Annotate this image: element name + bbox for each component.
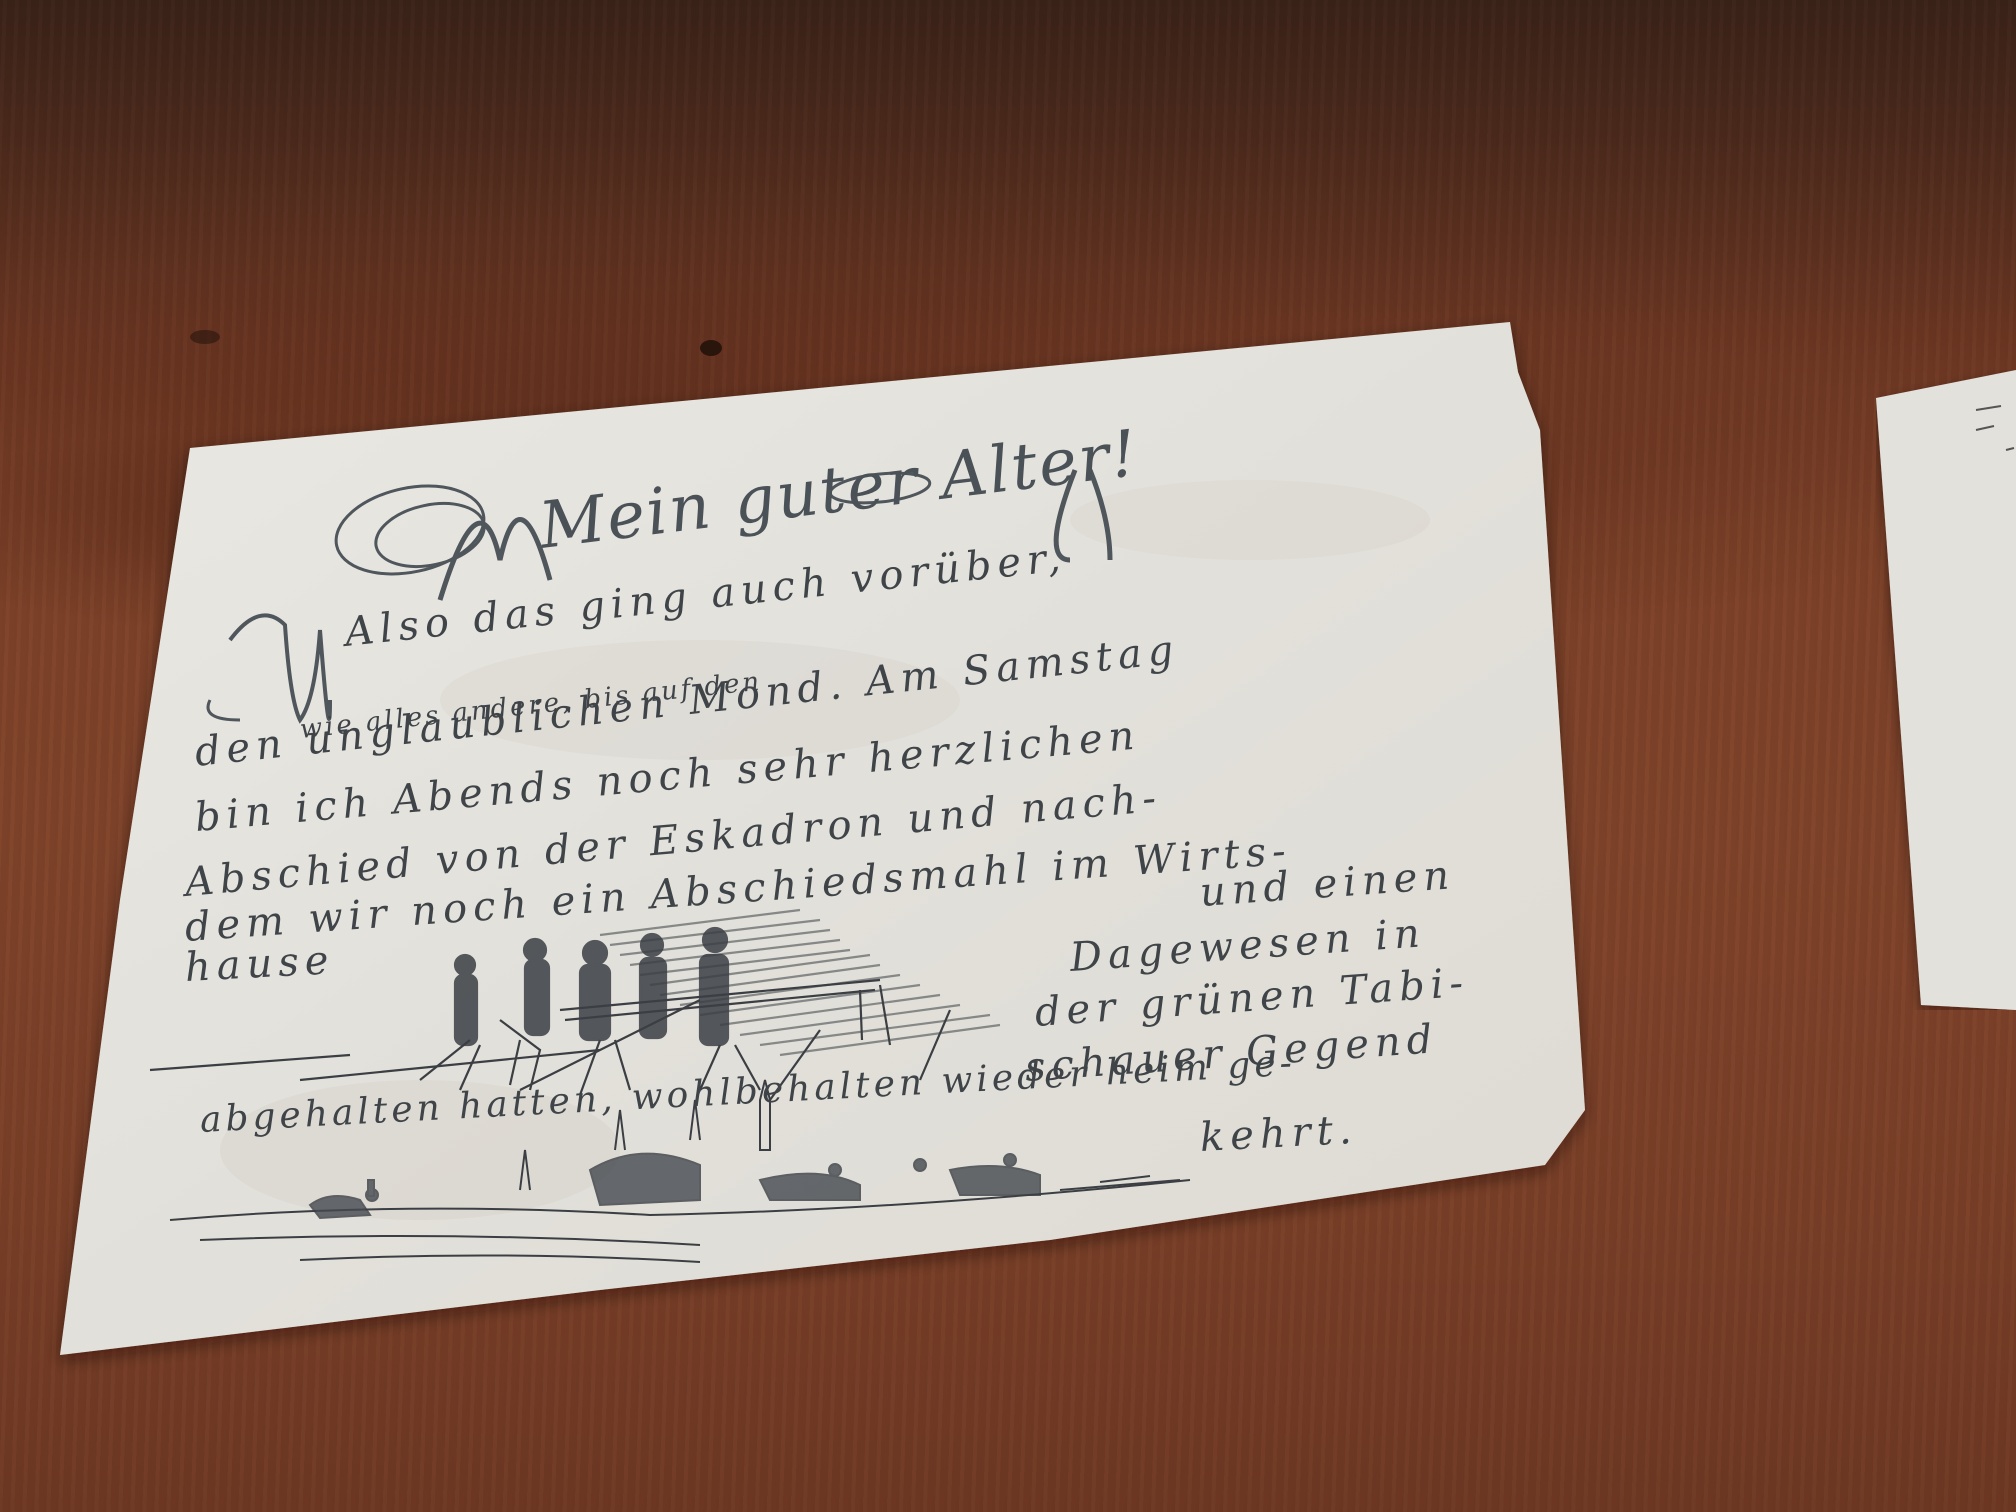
second-page-shape — [1876, 370, 2016, 1010]
letter-line: hause — [184, 937, 336, 991]
letter-page: Mein guter Alter! Also das ging auch vor… — [0, 0, 2016, 1512]
letter-line: kehrt. — [1199, 1107, 1359, 1161]
second-letter-page — [1876, 370, 2016, 1010]
